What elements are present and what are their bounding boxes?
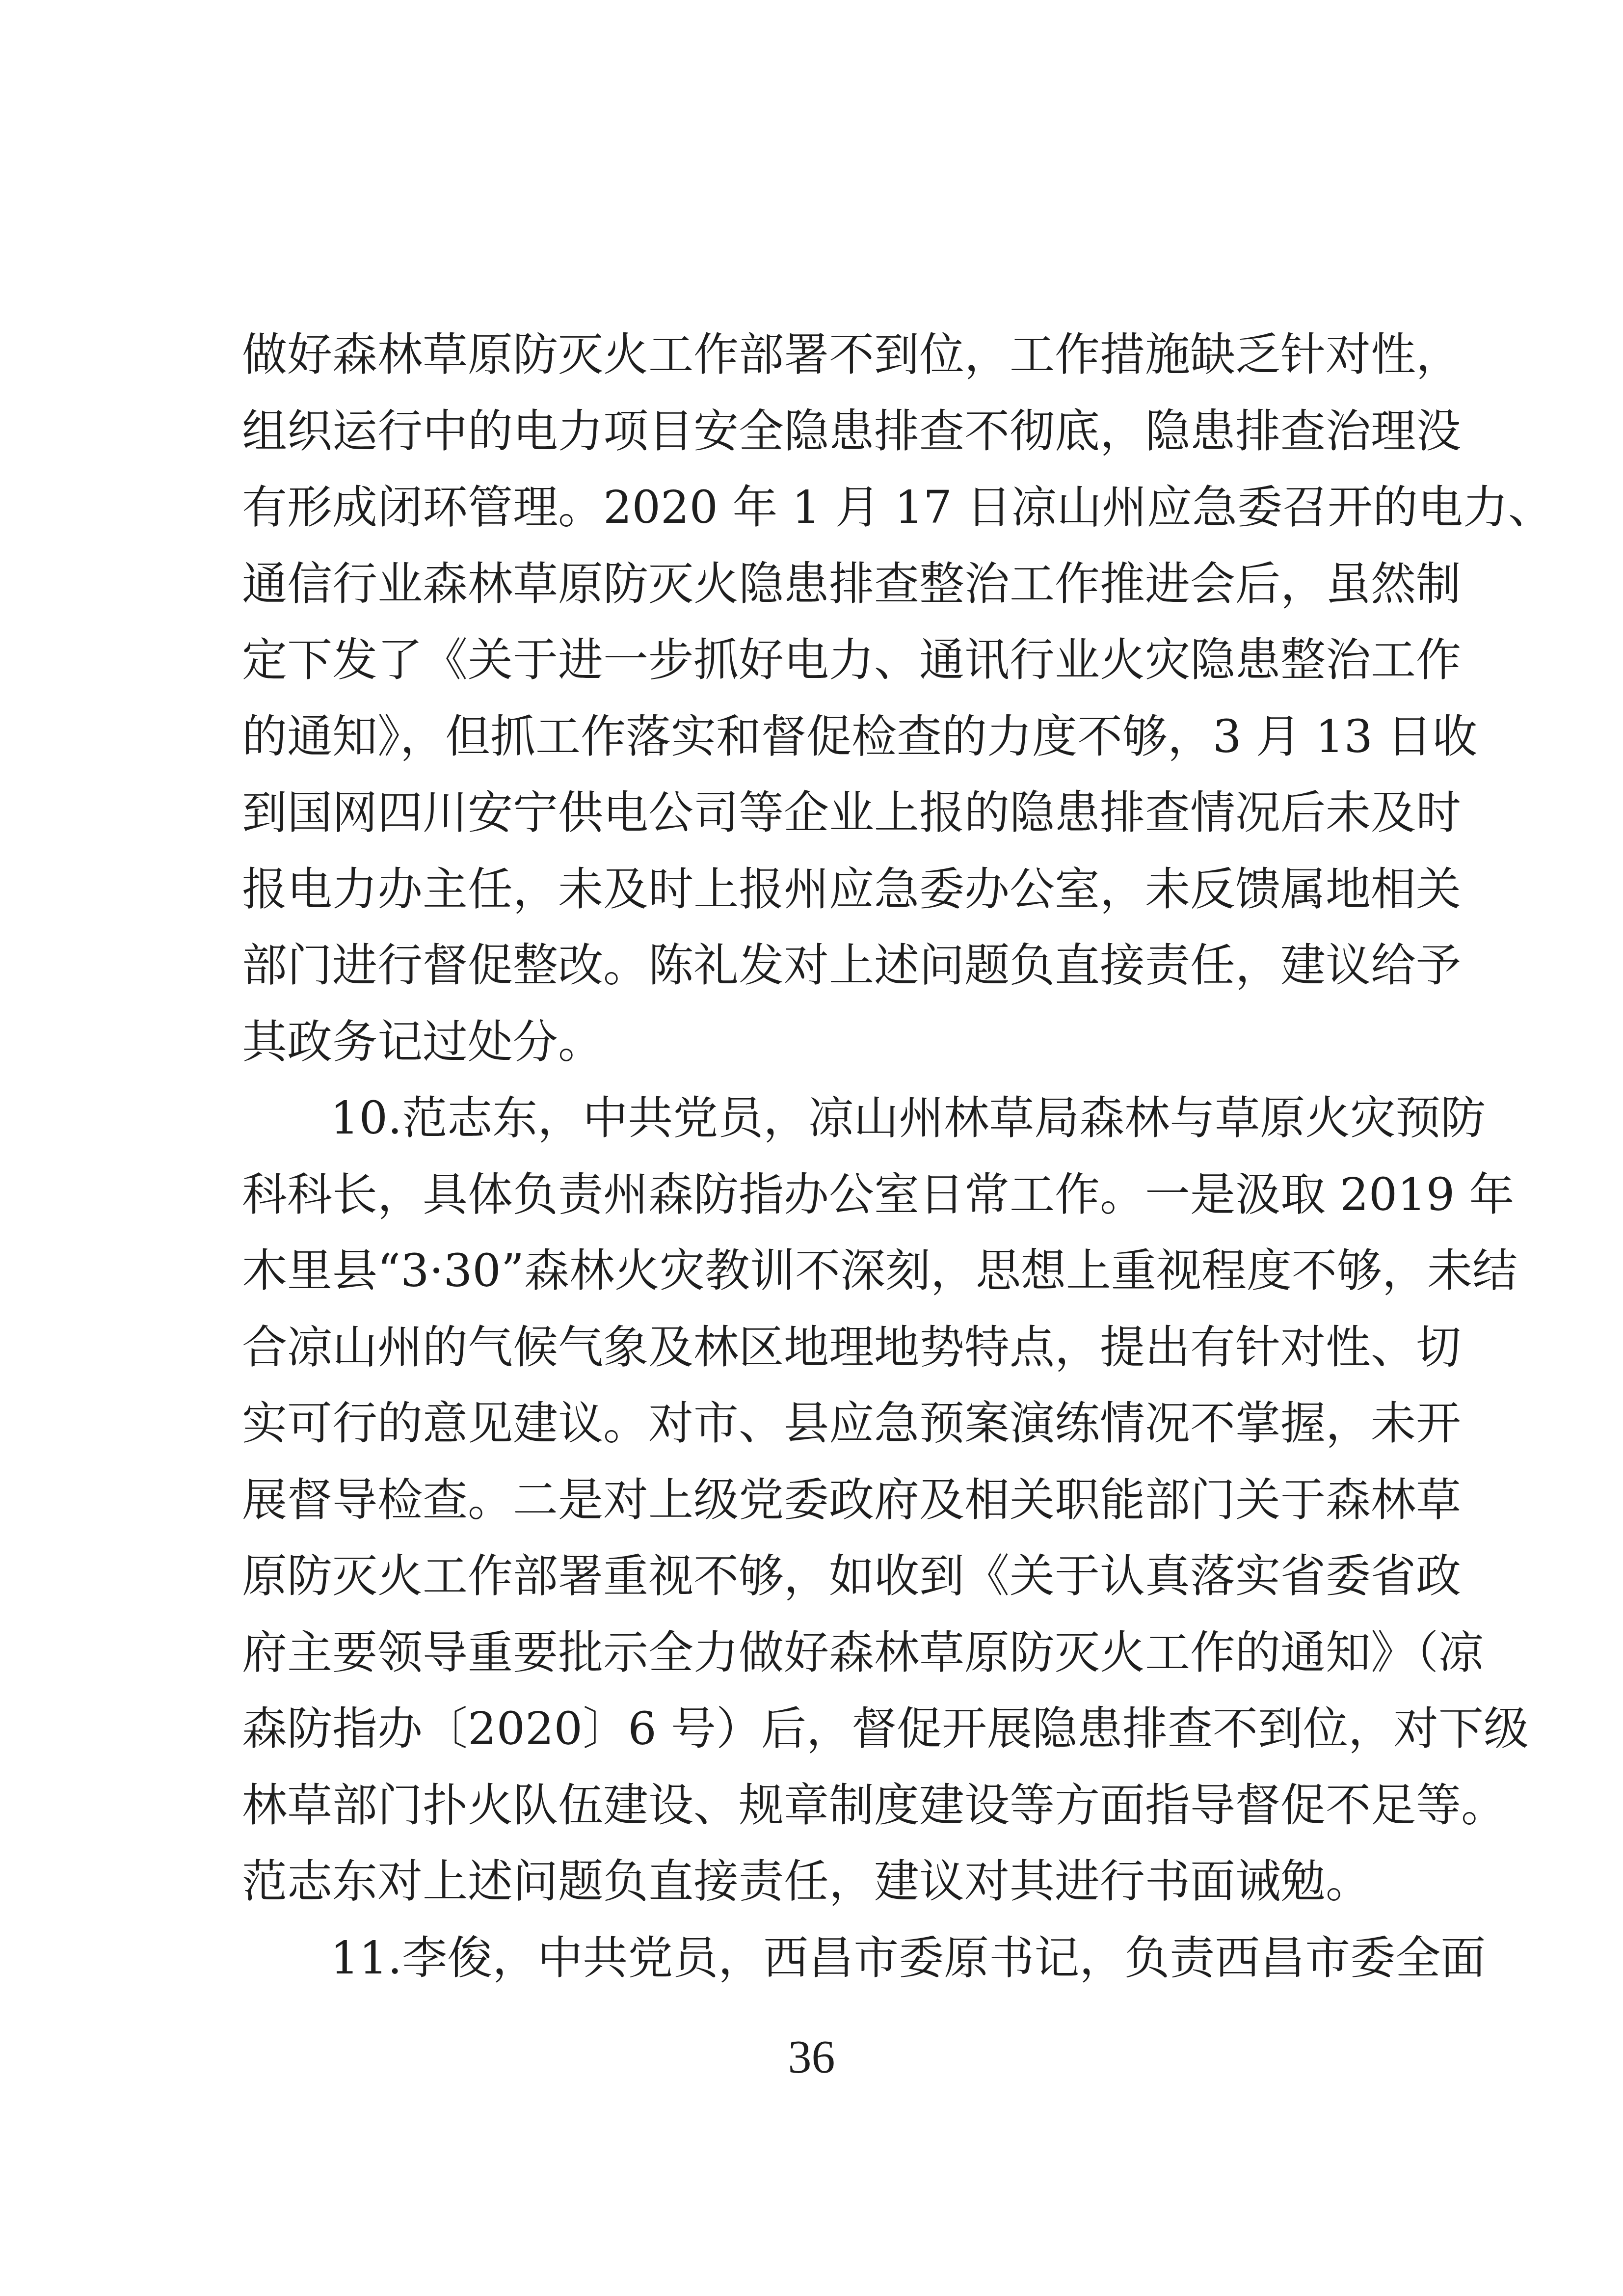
text-line: 范志东对上述问题负直接责任，建议对其进行书面诫勉。: [242, 1855, 1385, 1931]
text-line: 展督导检查。二是对上级党委政府及相关职能部门关于森林草: [242, 1473, 1385, 1550]
text-line: 森防指办〔2020〕6 号）后，督促开展隐患排查不到位，对下级: [242, 1702, 1385, 1779]
text-line: 报电力办主任，未及时上报州应急委办公室，未反馈属地相关: [242, 863, 1385, 939]
text-line: 10.范志东，中共党员，凉山州林草局森林与草原火灾预防: [242, 1091, 1385, 1168]
text-line: 到国网四川安宁供电公司等企业上报的隐患排查情况后未及时: [242, 786, 1385, 863]
body-text: 做好森林草原防灭火工作部署不到位，工作措施缺乏针对性， 组织运行中的电力项目安全…: [242, 328, 1385, 2007]
text-line: 组织运行中的电力项目安全隐患排查不彻底，隐患排查治理没: [242, 405, 1385, 481]
document-page: 做好森林草原防灭火工作部署不到位，工作措施缺乏针对性， 组织运行中的电力项目安全…: [0, 0, 1623, 2296]
paragraph-item-10-fan-zhidong: 10.范志东，中共党员，凉山州林草局森林与草原火灾预防 科科长，具体负责州森防指…: [242, 1091, 1385, 1931]
text-line: 实可行的意见建议。对市、县应急预案演练情况不掌握，未开: [242, 1397, 1385, 1473]
text-line: 做好森林草原防灭火工作部署不到位，工作措施缺乏针对性，: [242, 328, 1385, 405]
text-line: 原防灭火工作部署重视不够，如收到《关于认真落实省委省政: [242, 1549, 1385, 1626]
text-line: 通信行业森林草原防灭火隐患排查整治工作推进会后，虽然制: [242, 557, 1385, 634]
page-number: 36: [0, 2030, 1623, 2084]
text-line: 府主要领导重要批示全力做好森林草原防灭火工作的通知》（凉: [242, 1626, 1385, 1702]
paragraph-continuation-chen-lifa: 做好森林草原防灭火工作部署不到位，工作措施缺乏针对性， 组织运行中的电力项目安全…: [242, 328, 1385, 1091]
text-line: 有形成闭环管理。2020 年 1 月 17 日凉山州应急委召开的电力、: [242, 481, 1385, 557]
text-line: 部门进行督促整改。陈礼发对上述问题负直接责任，建议给予: [242, 939, 1385, 1015]
text-line: 合凉山州的气候气象及林区地理地势特点，提出有针对性、切: [242, 1321, 1385, 1397]
paragraph-item-11-li-jun: 11.李俊，中共党员，西昌市委原书记，负责西昌市委全面: [242, 1931, 1385, 2008]
text-line: 林草部门扑火队伍建设、规章制度建设等方面指导督促不足等。: [242, 1779, 1385, 1855]
text-line: 的通知》，但抓工作落实和督促检查的力度不够，3 月 13 日收: [242, 710, 1385, 786]
text-line: 科科长，具体负责州森防指办公室日常工作。一是汲取 2019 年: [242, 1168, 1385, 1244]
text-line: 11.李俊，中共党员，西昌市委原书记，负责西昌市委全面: [242, 1931, 1385, 2008]
text-line: 其政务记过处分。: [242, 1015, 1385, 1092]
text-line: 定下发了《关于进一步抓好电力、通讯行业火灾隐患整治工作: [242, 633, 1385, 710]
text-line: 木里县“3·30”森林火灾教训不深刻，思想上重视程度不够，未结: [242, 1244, 1385, 1321]
